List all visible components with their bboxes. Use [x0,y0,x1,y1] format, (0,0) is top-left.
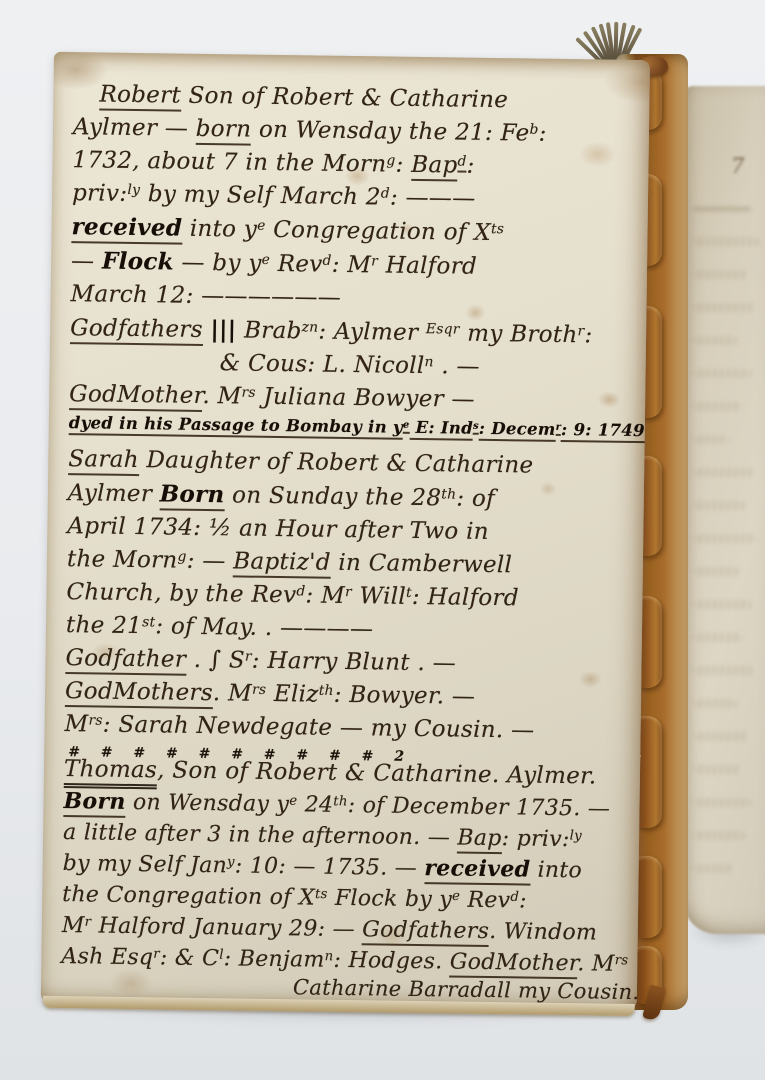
ghost-text-line [693,765,741,774]
ghost-text-line [693,534,757,543]
ghost-text-line [693,369,751,378]
ghost-text-line [693,798,751,807]
ghost-text-line [693,501,745,510]
ghost-text-line [693,207,751,211]
left-page: Robert Son of Robert & CatharineAylmer —… [41,52,650,1010]
manuscript-line: Mrs: Sarah Newdegate — my Cousin. — [64,708,626,749]
ghost-text-line [693,666,753,675]
ghost-text-line [693,468,753,477]
ghost-text-line [693,831,745,840]
ghost-text-line [693,435,729,444]
ghost-text-line [693,402,743,411]
right-page-number: 7 [731,154,744,178]
ghost-text-line [693,633,743,642]
right-page: 7 [683,86,765,934]
ghost-text-line [693,270,747,279]
ghost-text-line [693,732,749,741]
manuscript-photo: 7 Robert Son of Robert & CatharineAylmer… [0,0,765,1080]
ghost-text-line [693,237,759,246]
ghost-text-block [693,204,765,897]
ghost-text-line [693,699,737,708]
ghost-text-line [693,864,733,873]
ghost-text-line [693,303,755,312]
ghost-text-line [693,336,737,345]
ghost-text-line [693,600,751,609]
manuscript-text: Robert Son of Robert & CatharineAylmer —… [61,78,636,1007]
ghost-text-line [693,567,739,576]
